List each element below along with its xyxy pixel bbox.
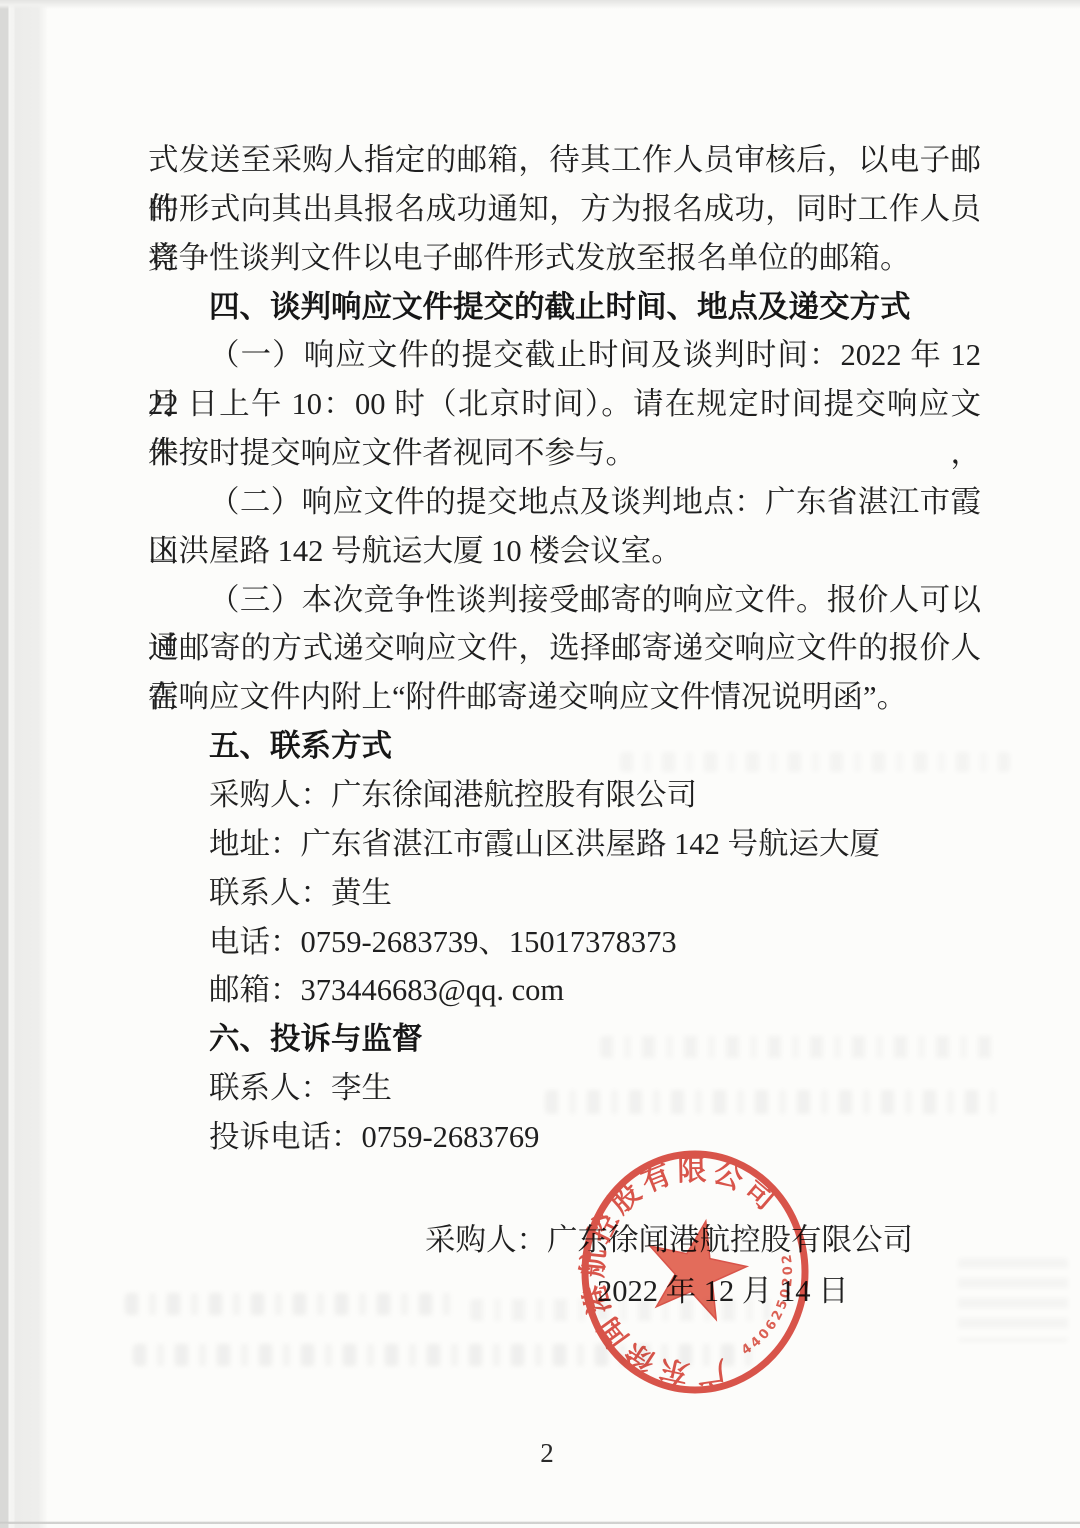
document-page: 式发送至采购人指定的邮箱，待其工作人员审核后，以电子邮件 的形式向其出具报名成功… bbox=[0, 0, 1080, 1528]
text-line: 的形式向其出具报名成功通知，方为报名成功，同时工作人员将 bbox=[148, 185, 981, 234]
text-line: 式发送至采购人指定的邮箱，待其工作人员审核后，以电子邮件 bbox=[148, 136, 981, 185]
page-number: 2 bbox=[0, 1438, 1080, 1469]
phone-line: 电话：0759-2683739、15017378373 bbox=[148, 918, 981, 967]
scan-bleed-artifact bbox=[600, 1036, 1000, 1058]
text-line: 22 日上午 10：00 时（北京时间）。请在规定时间提交响应文件， bbox=[148, 380, 981, 429]
seal-star-icon bbox=[638, 1211, 754, 1324]
text-line: 区洪屋路 142 号航运大厦 10 楼会议室。 bbox=[148, 527, 981, 576]
document-body: 式发送至采购人指定的邮箱，待其工作人员审核后，以电子邮件 的形式向其出具报名成功… bbox=[148, 136, 981, 1162]
text-line: （三）本次竞争性谈判接受邮寄的响应文件。报价人可以通 bbox=[148, 576, 981, 625]
text-line: 在响应文件内附上“附件邮寄递交响应文件情况说明函”。 bbox=[148, 673, 981, 722]
scan-bleed-artifact bbox=[545, 1090, 1005, 1114]
scan-edge-top bbox=[0, 0, 1080, 9]
buyer-line: 采购人：广东徐闻港航控股有限公司 bbox=[148, 771, 981, 820]
complaint-phone-line: 投诉电话：0759-2683769 bbox=[148, 1113, 981, 1162]
contact-person-line: 联系人：黄生 bbox=[148, 869, 981, 918]
scan-bleed-artifact bbox=[620, 752, 1010, 772]
scan-edge-left bbox=[0, 0, 48, 1528]
email-line: 邮箱：373446683@qq. com bbox=[148, 966, 981, 1015]
text-line: 过邮寄的方式递交响应文件，选择邮寄递交响应文件的报价人需 bbox=[148, 624, 981, 673]
section-heading-4: 四、谈判响应文件提交的截止时间、地点及递交方式 bbox=[148, 283, 981, 332]
scan-edge-bottom bbox=[0, 1521, 1080, 1524]
company-seal-stamp: 广东徐闻港航控股有限公司 440625020207 bbox=[574, 1146, 816, 1398]
text-line: （一）响应文件的提交截止时间及谈判时间：2022 年 12 月 bbox=[148, 331, 981, 380]
text-line: （二）响应文件的提交地点及谈判地点：广东省湛江市霞山 bbox=[148, 478, 981, 527]
address-line: 地址：广东省湛江市霞山区洪屋路 142 号航运大厦 bbox=[148, 820, 981, 869]
text-line: 竞争性谈判文件以电子邮件形式发放至报名单位的邮箱。 bbox=[148, 234, 981, 283]
scan-bleed-artifact bbox=[125, 1293, 455, 1315]
scan-bleed-artifact bbox=[958, 1258, 1068, 1342]
